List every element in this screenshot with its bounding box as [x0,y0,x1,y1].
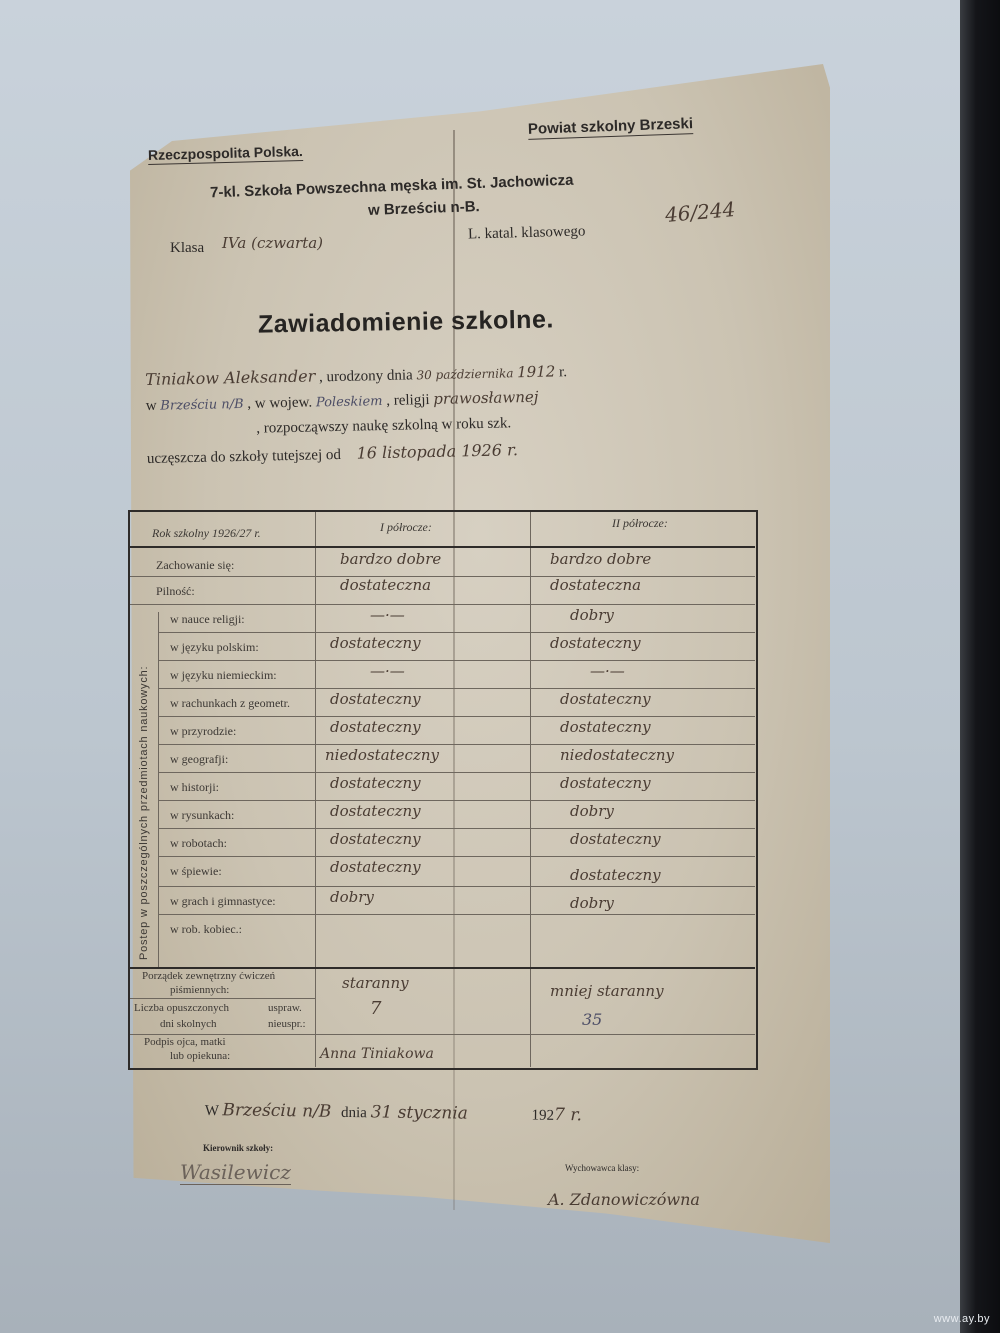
born-label: , urodzony dnia [319,367,413,385]
footer-dnia-label: dnia [341,1105,367,1121]
grade-arithmetic-h1: dostateczny [330,690,421,708]
student-info: Tiniakow Aleksander , urodzony dnia 30 p… [145,357,777,468]
grade-geography-h2: niedostateczny [560,746,674,764]
row-divider [130,1034,755,1035]
row-divider [158,886,755,887]
grade-german-h1: —·— [370,662,405,680]
grade-singing-h2: dostateczny [570,866,661,884]
row-label-needlework: w rob. kobiec.: [170,922,242,937]
grade-drawing-h1: dostateczny [330,802,421,820]
row-divider [158,914,755,915]
row-label-polish: w języku polskim: [170,640,259,655]
grade-handicraft-h2: dostateczny [570,830,661,848]
row-divider [158,800,755,801]
klasa-value: IVa (czwarta) [222,234,323,252]
grade-drawing-h2: dobry [570,802,614,820]
birth-year: 1912 [517,362,556,381]
row-label-singing: w śpiewie: [170,864,222,879]
parent-signature: Anna Tiniakowa [320,1046,434,1062]
teacher-label: Wychowawca klasy: [565,1163,639,1173]
student-name: Tiniakow Aleksander [145,366,315,389]
grade-diligence-h2: dostateczna [550,576,641,594]
grade-religion-h1: —·— [370,606,405,624]
grade-gymnastics-h2: dobry [570,894,614,912]
school-year-header: Rok szkolny 1926/27 r. [152,526,261,541]
grade-diligence-h1: dostateczna [340,576,431,594]
klasa-label: Klasa [170,240,204,257]
grade-handicraft-h1: dostateczny [330,830,421,848]
grade-religion-h2: dobry [570,606,614,624]
grade-singing-h1: dostateczny [330,858,421,876]
footer-place: Brześciu n/B [222,1100,331,1122]
row-label-german: w języku niemieckim: [170,668,277,683]
absence-h2: 35 [582,1010,602,1029]
footer-w-label: W [205,1103,219,1119]
year-suffix: r. [559,364,567,380]
teacher-signature: A. Zdanowiczówna [548,1190,700,1209]
attends-since: 16 listopada 1926 r. [356,440,518,462]
section-divider [130,967,755,969]
grade-polish-h1: dostateczny [330,634,421,652]
absence-h1: 7 [370,998,381,1019]
document-title: Zawiadomienie szkolne. [258,305,554,339]
row-divider [158,716,755,717]
grade-history-h2: dostateczny [560,774,651,792]
footer-year-prefix: 192 [531,1108,554,1124]
religion: prawosławnej [433,388,538,408]
order-h2: mniej staranny [550,982,664,1000]
row-label-nature: w przyrodzie: [170,724,236,739]
row-divider [158,772,755,773]
director-signature: Wasilewicz [180,1160,291,1185]
religion-label: , religji [386,392,430,409]
w-label: w [146,398,157,414]
footer-year-suffix: 7 r. [554,1105,582,1125]
absence-unexcused-label: nieuspr.: [268,1018,306,1030]
row-label-gymnastics: w grach i gimnastyce: [170,894,276,909]
first-semester-header: I półrocze: [380,520,432,535]
row-label-history: w historji: [170,780,219,795]
grade-behavior-h1: bardzo dobre [340,550,441,568]
row-divider [158,828,755,829]
row-label-handicraft: w robotach: [170,836,227,851]
row-label-arithmetic: w rachunkach z geometr. [170,696,290,711]
row-label-drawing: w rysunkach: [170,808,234,823]
signature-label-2: lub opiekuna: [170,1050,230,1062]
row-divider [130,604,755,605]
grade-gymnastics-h1: dobry [330,888,374,906]
row-label-geography: w geografji: [170,752,228,767]
row-label-behavior: Zachowanie się: [156,558,234,573]
voivodeship-label: , w wojew. [247,395,312,412]
row-divider [130,576,755,577]
order-h1: staranny [342,974,409,992]
row-divider [130,998,315,999]
watermark: www.ay.by [934,1313,990,1325]
katalog-label: L. katal. klasowego [468,223,586,243]
row-divider [158,744,755,745]
footer-date: 31 stycznia [371,1102,468,1123]
grade-german-h2: —·— [590,662,625,680]
grade-nature-h2: dostateczny [560,718,651,736]
row-divider [158,632,755,633]
order-label-1: Porządek zewnętrzny ćwiczeń [142,970,275,982]
background-dark-edge [960,0,1000,1333]
started-label: , rozpocząwszy naukę szkolną w roku szk. [256,415,511,436]
absence-excused-label: uspraw. [268,1002,302,1014]
order-label-2: piśmiennych: [170,984,229,996]
second-semester-header: II półrocze: [612,516,668,531]
grade-arithmetic-h2: dostateczny [560,690,651,708]
grades-table: Rok szkolny 1926/27 r. I półrocze: II pó… [128,510,758,1070]
row-divider [158,660,755,661]
row-label-religion: w nauce religji: [170,612,245,627]
row-divider [158,688,755,689]
row-divider [158,856,755,857]
header-divider [130,546,755,548]
grade-behavior-h2: bardzo dobre [550,550,651,568]
grade-nature-h1: dostateczny [330,718,421,736]
row-label-diligence: Pilność: [156,584,195,599]
birth-place: Brześciu n/B [160,397,244,414]
voivodeship: Poleskiem [316,394,383,410]
divider [530,512,531,1067]
grade-geography-h1: niedostateczny [325,746,439,764]
subjects-vertical-label: Postep w poszczególnych przedmiotach nau… [138,666,150,960]
absence-label-2: dni skolnych [160,1018,217,1030]
absence-label-1: Liczba opuszczonych [134,1002,229,1014]
signature-label-1: Podpis ojca, matki [144,1036,226,1048]
director-label: Kierownik szkoły: [203,1143,273,1153]
divider [315,512,316,1067]
attends-label: uczęszcza do szkoły tutejszej od [147,447,341,467]
birth-date: 30 października [416,366,513,382]
grade-polish-h2: dostateczny [550,634,641,652]
grade-history-h1: dostateczny [330,774,421,792]
